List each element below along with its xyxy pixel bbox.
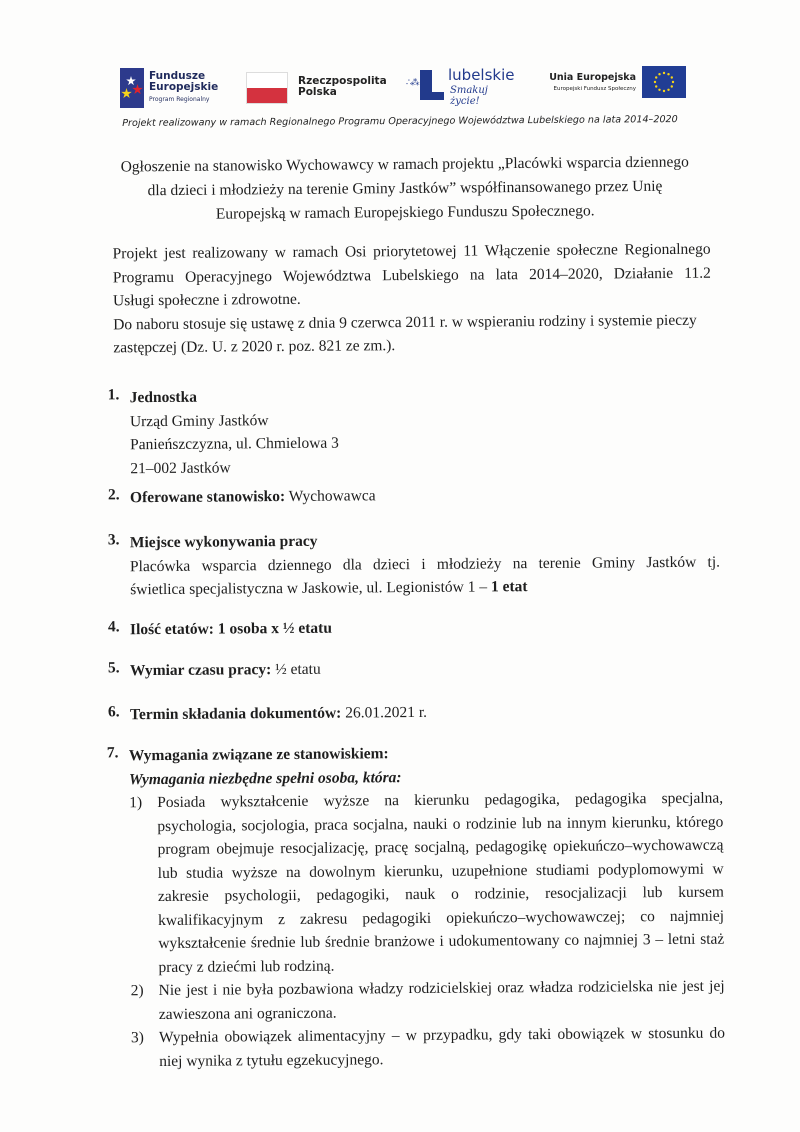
unia-europejska-logo: Unia Europejska Europejski Fundusz Społe… [536, 66, 688, 110]
section-jednostka: 1. Jednostka Urząd Gminy Jastków Panieńs… [108, 382, 721, 481]
section-number: 1. [108, 386, 120, 404]
section-number: 3. [108, 531, 120, 549]
workplace-etat: 1 etat [491, 578, 528, 595]
fundusze-europejskie-stars-icon [120, 68, 144, 108]
announcement-title: Ogłoszenie na stanowisko Wychowawcy w ra… [100, 150, 711, 227]
polish-flag-icon [246, 72, 288, 104]
section-oferowane-stanowisko: 2. Oferowane stanowisko: Wychowawca [108, 482, 720, 510]
document-page: Fundusze Europejskie Program Regionalny … [0, 0, 800, 1132]
lubelskie-slogan: Smakuj życie! [450, 85, 516, 107]
fundusze-europejskie-logo: Fundusze Europejskie Program Regionalny [118, 66, 248, 110]
ue-logo-line1: Unia Europejska [536, 72, 636, 84]
requirement-number: 3) [131, 1026, 144, 1050]
section-number: 6. [108, 703, 120, 721]
lubelskie-logo: ∴ ⁂ lubelskie Smakuj życie! [406, 66, 516, 110]
section-number: 4. [108, 618, 120, 636]
workplace-line-1: Placówka wsparcia dziennego dla dzieci i… [130, 550, 720, 578]
section-number: 7. [107, 744, 119, 762]
lubelskie-name: lubelskie [448, 66, 515, 84]
requirement-number: 1) [129, 791, 142, 815]
section-number: 5. [108, 659, 120, 677]
project-funding-line: Projekt realizowany w ramach Regionalneg… [0, 113, 800, 130]
requirement-item: 1) Posiada wykształcenie wyższe na kieru… [129, 787, 724, 980]
fe-logo-line3: Program Regionalny [149, 94, 218, 105]
requirement-item: 2) Nie jest i nie była pozbawiona władzy… [131, 975, 725, 1027]
unit-postal: 21–002 Jastków [130, 452, 720, 480]
section-ilosc-etatow: 4. Ilość etatów: 1 osoba x ½ etatu [108, 614, 720, 642]
intro-line-5: zastępczej (Dz. U. z 2020 r. poz. 821 ze… [113, 332, 711, 360]
section-miejsce-pracy: 3. Miejsce wykonywania pracy Placówka ws… [108, 527, 721, 602]
section-termin: 6. Termin składania dokumentów: 26.01.20… [108, 699, 720, 727]
section-heading: Wymiar czasu pracy: [130, 661, 271, 679]
intro-paragraph: Projekt jest realizowany w ramach Osi pr… [113, 238, 712, 360]
requirement-number: 2) [131, 979, 144, 1003]
fe-logo-line2: Europejskie [149, 82, 218, 93]
requirement-item: 3) Wypełnia obowiązek alimentacyjny – w … [131, 1022, 725, 1074]
eu-flag-icon [642, 66, 686, 98]
work-time-value: ½ etatu [271, 661, 321, 678]
lubelskie-stars-icon: ∴ ⁂ [406, 78, 418, 88]
deadline-value: 26.01.2021 r. [341, 704, 427, 722]
section-wymiar-czasu: 5. Wymiar czasu pracy: ½ etatu [108, 655, 720, 683]
intro-line-2: Programu Operacyjnego Województwa Lubels… [113, 261, 711, 289]
logo-bar: Fundusze Europejskie Program Regionalny … [118, 66, 688, 110]
ue-logo-line2: Europejski Fundusz Społeczny [536, 84, 636, 94]
section-wymagania: 7. Wymagania związane ze stanowiskiem: W… [107, 740, 726, 1074]
requirement-text: Wypełnia obowiązek alimentacyjny – w prz… [159, 1022, 725, 1073]
rp-logo-line2: Polska [298, 87, 387, 98]
position-value: Wychowawca [285, 487, 376, 505]
section-heading: Ilość etatów: 1 osoba x ½ etatu [130, 620, 332, 639]
section-number: 2. [108, 486, 120, 504]
intro-line-4: Do naboru stosuje się ustawę z dnia 9 cz… [113, 308, 711, 336]
section-heading: Termin składania dokumentów: [130, 705, 341, 724]
section-heading: Oferowane stanowisko: [130, 488, 285, 506]
rzeczpospolita-polska-logo: Rzeczpospolita Polska [246, 66, 386, 110]
requirement-text: Posiada wykształcenie wyższe na kierunku… [157, 787, 724, 979]
workplace-line-2: świetlica specjalistyczna w Jaskowie, ul… [130, 578, 491, 598]
requirement-text: Nie jest i nie była pozbawiona władzy ro… [159, 975, 725, 1026]
